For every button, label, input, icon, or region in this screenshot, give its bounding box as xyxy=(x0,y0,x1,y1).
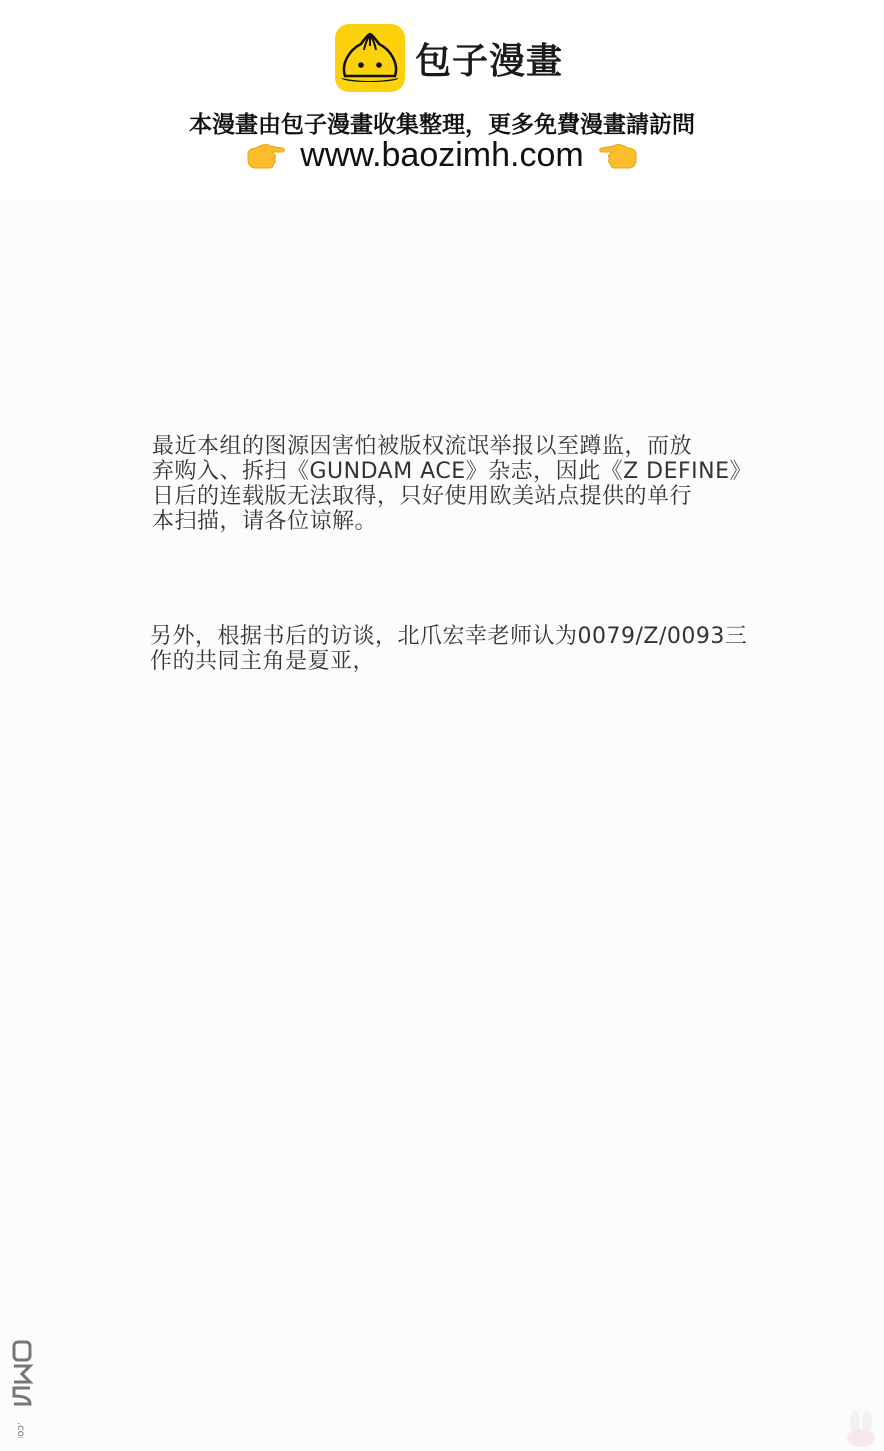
brand-name: 包子漫畫 xyxy=(415,33,563,84)
note-line: 另外，根据书后的访谈，北爪宏幸老师认为0079/Z/0093三 xyxy=(150,624,747,649)
note-line: 日后的连载版无法取得，只好使用欧美站点提供的单行 xyxy=(152,484,752,509)
baozi-bun-icon xyxy=(335,24,405,92)
svg-text:.com: .com xyxy=(15,1422,26,1438)
note-line: 本扫描，请各位谅解。 xyxy=(152,509,752,534)
note-line: 弃购入、拆扫《GUNDAM ACE》杂志，因此《Z DEFINE》 xyxy=(152,459,752,484)
note-line: 最近本组的图源因害怕被版权流氓举报以至蹲监，而放 xyxy=(152,434,752,459)
brand[interactable]: 包子漫畫 xyxy=(335,24,563,92)
note-line: 作的共同主角是夏亚， xyxy=(150,649,747,674)
translator-note-paragraph-2: 另外，根据书后的访谈，北爪宏幸老师认为0079/Z/0093三 作的共同主角是夏… xyxy=(150,624,747,674)
bunny-icon xyxy=(843,1408,879,1448)
translator-note-paragraph-1: 最近本组的图源因害怕被版权流氓举报以至蹲监，而放 弃购入、拆扫《GUNDAM A… xyxy=(152,434,752,534)
pointing-left-hand-icon xyxy=(598,140,640,172)
site-banner: 包子漫畫 本漫畫由包子漫畫收集整理，更多免費漫畫請訪問 www.baozimh.… xyxy=(0,0,884,200)
url-row: www.baozimh.com xyxy=(0,136,884,175)
site-url-link[interactable]: www.baozimh.com xyxy=(300,136,583,175)
dm5-watermark: .com xyxy=(10,1338,36,1438)
pointing-right-hand-icon xyxy=(244,140,286,172)
tagline: 本漫畫由包子漫畫收集整理，更多免費漫畫請訪問 xyxy=(0,106,884,139)
